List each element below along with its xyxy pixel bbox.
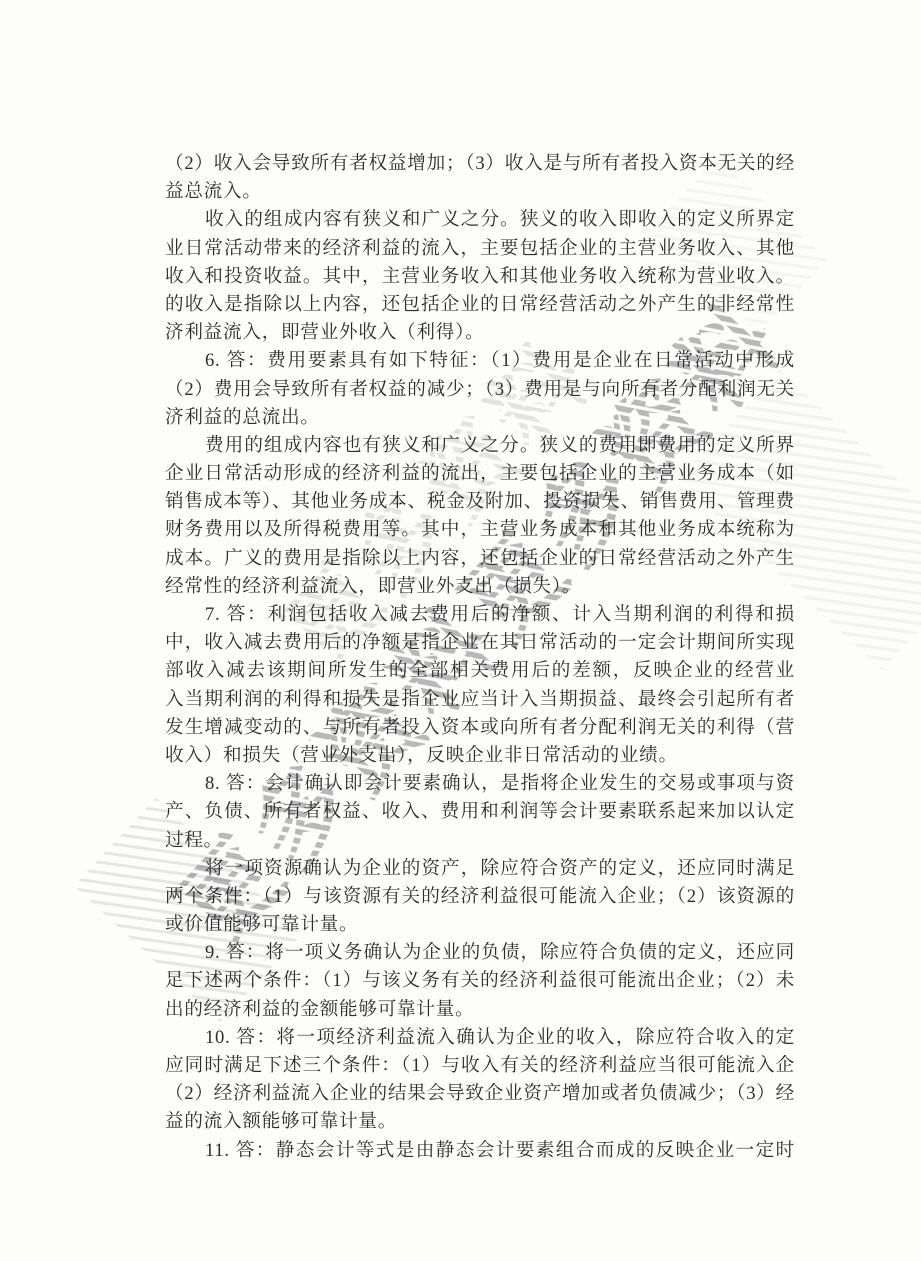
text-line: 8. 答：会计确认即会计要素确认，是指将企业发生的交易或事项与资 xyxy=(165,770,795,798)
text-line: 济利益的总流出。 xyxy=(165,404,795,432)
text-line: 收入）和损失（营业外支出），反映企业非日常活动的业绩。 xyxy=(165,742,795,770)
text-line: 益总流入。 xyxy=(165,178,795,206)
text-line: 6. 答：费用要素具有如下特征：（1）费用是企业在日常活动中形成的； xyxy=(165,347,795,375)
document-page: 更多资料 更多资料更多资料 （2）收入会导致所有者权益增加；（3）收入是与所有者… xyxy=(0,0,921,1261)
text-line: 经常性的经济利益流入，即营业外支出（损失）。 xyxy=(165,573,795,601)
text-line: 成本。广义的费用是指除以上内容，还包括企业的日常经营活动之外产生的非 xyxy=(165,545,795,573)
text-line: 入当期利润的利得和损失是指企业应当计入当期损益、最终会引起所有者权益 xyxy=(165,686,795,714)
text-line: （2）费用会导致所有者权益的减少；（3）费用是与向所有者分配利润无关的经 xyxy=(165,376,795,404)
text-line: 足下述两个条件：（1）与该义务有关的经济利益很可能流出企业；（2）未来流 xyxy=(165,967,795,995)
text-lines: （2）收入会导致所有者权益增加；（3）收入是与所有者投入资本无关的经济利益总流入… xyxy=(165,150,795,1165)
text-line: 7. 答：利润包括收入减去费用后的净额、计入当期利润的利得和损失。其 xyxy=(165,601,795,629)
text-line: 部收入减去该期间所发生的全部相关费用后的差额，反映企业的经营业绩；计 xyxy=(165,657,795,685)
text-line: 济利益流入，即营业外收入（利得）。 xyxy=(165,319,795,347)
text-line: 应同时满足下述三个条件：（1）与收入有关的经济利益应当很可能流入企业； xyxy=(165,1052,795,1080)
text-block: （2）收入会导致所有者权益增加；（3）收入是与所有者投入资本无关的经济利益总流入… xyxy=(165,150,795,1165)
text-line: 将一项资源确认为企业的资产，除应符合资产的定义，还应同时满足下述 xyxy=(165,855,795,883)
text-line: （2）收入会导致所有者权益增加；（3）收入是与所有者投入资本无关的经济利 xyxy=(165,150,795,178)
text-line: 两个条件：（1）与该资源有关的经济利益很可能流入企业；（2）该资源的成本 xyxy=(165,883,795,911)
text-line: （2）经济利益流入企业的结果会导致企业资产增加或者负债减少；（3）经济利 xyxy=(165,1080,795,1108)
text-line: 或价值能够可靠计量。 xyxy=(165,911,795,939)
text-line: 出的经济利益的金额能够可靠计量。 xyxy=(165,996,795,1024)
text-line: 10. 答：将一项经济利益流入确认为企业的收入，除应符合收入的定义，还 xyxy=(165,1024,795,1052)
text-line: 财务费用以及所得税费用等。其中，主营业务成本和其他业务成本统称为营业 xyxy=(165,516,795,544)
text-line: 的收入是指除以上内容，还包括企业的日常经营活动之外产生的非经常性的经 xyxy=(165,291,795,319)
text-line: 9. 答：将一项义务确认为企业的负债，除应符合负债的定义，还应同时满 xyxy=(165,939,795,967)
text-line: 业日常活动带来的经济利益的流入，主要包括企业的主营业务收入、其他业务 xyxy=(165,235,795,263)
text-line: 费用的组成内容也有狭义和广义之分。狭义的费用即费用的定义所界定的 xyxy=(165,432,795,460)
text-line: 发生增减变动的、与所有者投入资本或向所有者分配利润无关的利得（营业外 xyxy=(165,714,795,742)
text-line: 11. 答：静态会计等式是由静态会计要素组合而成的反映企业一定时点财务 xyxy=(165,1137,795,1165)
text-line: 收入的组成内容有狭义和广义之分。狭义的收入即收入的定义所界定的企 xyxy=(165,206,795,234)
text-line: 销售成本等）、其他业务成本、税金及附加、投资损失、销售费用、管理费用、 xyxy=(165,488,795,516)
text-line: 产、负债、所有者权益、收入、费用和利润等会计要素联系起来加以认定的 xyxy=(165,798,795,826)
text-line: 益的流入额能够可靠计量。 xyxy=(165,1108,795,1136)
text-line: 过程。 xyxy=(165,827,795,855)
text-line: 收入和投资收益。其中，主营业务收入和其他业务收入统称为营业收入。广义 xyxy=(165,263,795,291)
text-line: 中，收入减去费用后的净额是指企业在其日常活动的一定会计期间所实现的全 xyxy=(165,629,795,657)
text-line: 企业日常活动形成的经济利益的流出，主要包括企业的主营业务成本（如产品 xyxy=(165,460,795,488)
